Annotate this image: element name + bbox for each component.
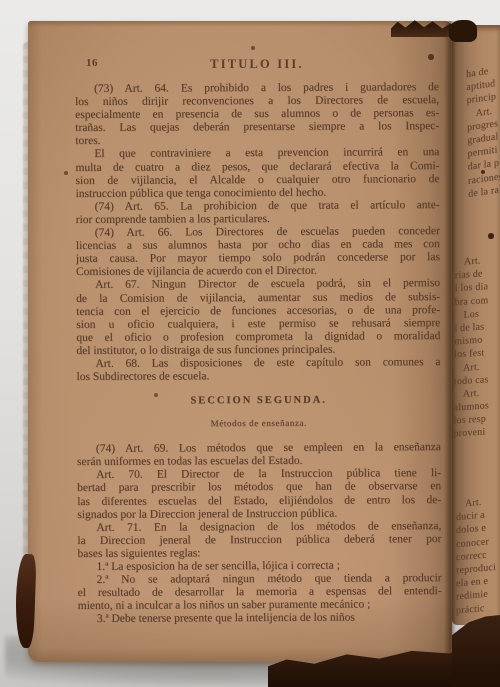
text-line: que el oficio o profesion comprometa la … (76, 330, 440, 345)
running-title: TITULO III. (75, 57, 439, 72)
left-page: 16 TITULO III. (73) Art. 64. Es prohibid… (28, 21, 452, 662)
paragraph: (74) Art. 65. La prohibicion de que trat… (76, 199, 440, 227)
section-subheading: Métodos de enseñanza. (77, 416, 441, 430)
right-page-fragments-top: ha deaptitudprincipArt.progresgradualper… (466, 63, 500, 201)
text-line: de la Comision de vijilancia, aumentar s… (76, 291, 440, 306)
text-line: los Subdirectores de escuela. (77, 369, 441, 384)
text-line: sion de vijilancia, el Alcalde o cualqui… (75, 173, 439, 188)
paper-specks (0, 0, 2, 2)
paragraph: (74) Art. 69. Los métodos que se empleen… (77, 441, 441, 469)
page-body: (73) Art. 64. Es prohibido a los padres … (75, 81, 442, 626)
text-line: las diferentes escuelas del Estado, elij… (77, 494, 441, 509)
paragraph: Art. 68. Las disposiciones de este capít… (76, 356, 440, 384)
text-line: (74) Art. 69. Los métodos que se empleen… (77, 441, 441, 456)
text-line: el resultado de desarrollar la memoria a… (78, 585, 442, 600)
text-line: El que contraviniere a esta prevencion i… (75, 147, 439, 162)
text-line: trañas. Las quejas deberán presentarse s… (75, 120, 439, 135)
fragment-line: todo cas (454, 373, 489, 388)
text-line: justa causa. Por mayor tiempo solo podrá… (76, 251, 440, 266)
text-line: Art. 68. Las disposiciones de este capít… (76, 356, 440, 371)
text-line: 3.ª Debe tenerse presente que la intelij… (78, 611, 442, 626)
paragraph: Art. 67. Ningun Director de escuela podr… (76, 277, 440, 357)
worn-bottom-right-edge (452, 615, 500, 687)
paragraph: 3.ª Debe tenerse presente que la intelij… (78, 611, 442, 626)
page-header: 16 TITULO III. (75, 57, 439, 71)
fragment-line: proveni (453, 426, 488, 441)
fragment-line: bra com (455, 294, 490, 309)
page-number: 16 (86, 57, 98, 69)
paragraph: (74) Art. 66. Los Directores de escuelas… (76, 225, 440, 279)
text-line: Art. 67. Ningun Director de escuela podr… (76, 277, 440, 292)
paragraph: El que contraviniere a esta prevencion i… (75, 147, 439, 201)
binding-head-knot (449, 20, 477, 42)
fragment-line: los fest (454, 346, 489, 361)
paragraph: Art. 71. En la designacion de los método… (77, 520, 441, 561)
paragraph: Art. 70. El Director de la Instruccion p… (77, 467, 441, 521)
paragraph: 2.ª No se adoptará ningun método que tie… (78, 572, 442, 613)
section-heading: SECCION SEGUNDA. (77, 393, 441, 408)
paragraph: (73) Art. 64. Es prohibido a los padres … (75, 81, 439, 148)
text-line: la Direccion jeneral de Instruccion públ… (77, 533, 441, 548)
right-page-fragments-middle: Art.rias dei los diabra comLosi de lasmi… (453, 254, 490, 441)
right-page-fragments-bottom: Art.ducir adolos econocercorreccreproduc… (456, 495, 496, 618)
text-line: bertad para prescribir los métodos que h… (77, 481, 441, 496)
book-photo: 16 TITULO III. (73) Art. 64. Es prohibid… (0, 0, 500, 687)
text-line: (74) Art. 65. La prohibicion de que trat… (76, 199, 440, 214)
